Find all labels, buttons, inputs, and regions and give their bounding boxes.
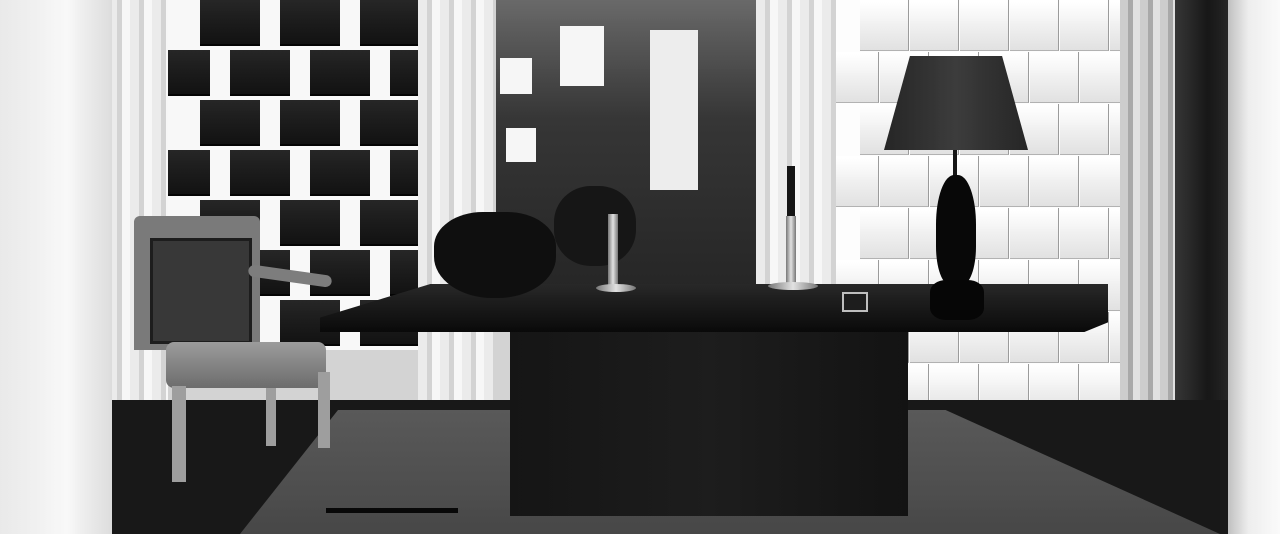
screen-tile bbox=[360, 100, 420, 146]
armchair-seat bbox=[166, 342, 326, 388]
screen-tile bbox=[360, 200, 420, 246]
desk-top bbox=[320, 284, 1108, 332]
screen-tile bbox=[310, 50, 370, 96]
left-wall bbox=[0, 0, 112, 534]
vase bbox=[434, 212, 556, 298]
screen-tile bbox=[230, 50, 290, 96]
candlestick-base bbox=[768, 282, 818, 290]
screen-panel bbox=[910, 0, 959, 51]
screen-panel bbox=[1030, 52, 1079, 103]
curtain-center bbox=[756, 0, 836, 290]
inkwell bbox=[842, 292, 868, 312]
screen-panel bbox=[860, 208, 909, 259]
screen-panel bbox=[1030, 156, 1079, 207]
screen-panel bbox=[1060, 104, 1109, 155]
armchair-leg bbox=[318, 372, 330, 448]
mirror-shelf bbox=[506, 128, 536, 162]
mirror-shelf bbox=[560, 26, 604, 86]
screen-panel bbox=[830, 156, 879, 207]
candle bbox=[787, 166, 795, 218]
screen-tile bbox=[280, 200, 340, 246]
screen-panel bbox=[1010, 208, 1059, 259]
screen-tile bbox=[310, 150, 370, 196]
screen-panel bbox=[860, 0, 909, 51]
screen-panel bbox=[980, 156, 1029, 207]
screen-tile bbox=[280, 0, 340, 46]
armchair-upholstery bbox=[150, 238, 252, 344]
dark-drape bbox=[1175, 0, 1230, 430]
screen-tile bbox=[230, 150, 290, 196]
lamp-stem bbox=[953, 150, 957, 178]
lamp-base bbox=[936, 175, 976, 285]
screen-panel bbox=[1010, 0, 1059, 51]
armchair-leg bbox=[172, 386, 186, 482]
photo-scene bbox=[0, 0, 1280, 534]
curtain-middle bbox=[418, 0, 496, 418]
screen-tile bbox=[310, 250, 370, 296]
screen-panel bbox=[880, 156, 929, 207]
screen-tile bbox=[200, 0, 260, 46]
screen-panel bbox=[830, 52, 879, 103]
screen-panel bbox=[1060, 208, 1109, 259]
screen-tile bbox=[280, 100, 340, 146]
curtain-right bbox=[1120, 0, 1180, 405]
armchair-leg bbox=[266, 388, 276, 446]
mirror-shelf bbox=[500, 58, 532, 94]
screen-panel bbox=[1060, 0, 1109, 51]
screen-panel bbox=[960, 0, 1009, 51]
pencil-on-rug bbox=[326, 508, 458, 513]
lamp-foot bbox=[930, 280, 984, 320]
right-door-frame bbox=[1228, 0, 1280, 534]
mirror-reflection bbox=[650, 30, 698, 190]
desk-base bbox=[510, 330, 908, 516]
screen-tile bbox=[360, 0, 420, 46]
candlestick bbox=[608, 214, 618, 286]
candlestick-base bbox=[596, 284, 636, 292]
screen-tile bbox=[200, 100, 260, 146]
candlestick bbox=[786, 216, 796, 284]
urn bbox=[554, 186, 636, 266]
